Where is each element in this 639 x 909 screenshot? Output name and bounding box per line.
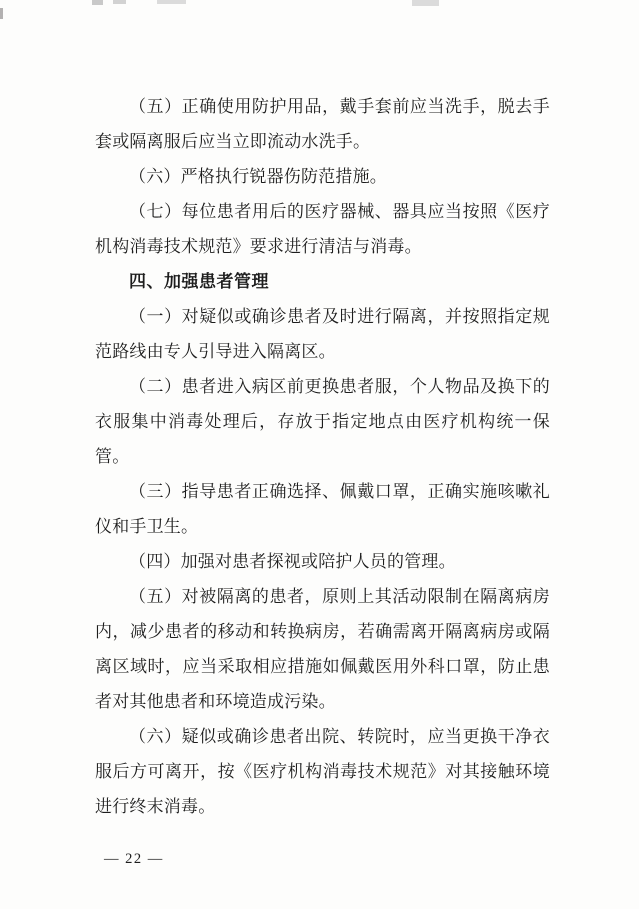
page-number: — 22 — xyxy=(104,849,164,869)
text-line: 管。 xyxy=(95,439,550,474)
text-line: 套或隔离服后应当立即流动水洗手。 xyxy=(95,124,550,159)
paragraph: （五）对被隔离的患者，原则上其活动限制在隔离病房内，减少患者的移动和转换病房，若… xyxy=(95,579,550,719)
paragraph: （二）患者进入病区前更换患者服，个人物品及换下的衣服集中消毒处理后，存放于指定地… xyxy=(95,369,550,474)
scan-artifact xyxy=(0,8,3,19)
text-line: （三）指导患者正确选择、佩戴口罩，正确实施咳嗽礼 xyxy=(95,474,550,509)
text-line: 离区域时，应当采取相应措施如佩戴医用外科口罩，防止患 xyxy=(95,649,550,684)
paragraph: （七）每位患者用后的医疗器械、器具应当按照《医疗机构消毒技术规范》要求进行清洁与… xyxy=(95,194,550,264)
text-line: 四、加强患者管理 xyxy=(95,264,550,299)
paragraph: （六）严格执行锐器伤防范措施。 xyxy=(95,159,550,194)
scan-artifact xyxy=(157,0,186,4)
paragraph: （五）正确使用防护用品，戴手套前应当洗手，脱去手套或隔离服后应当立即流动水洗手。 xyxy=(95,89,550,159)
text-line: （六）疑似或确诊患者出院、转院时，应当更换干净衣 xyxy=(95,719,550,754)
scan-artifact xyxy=(92,0,103,5)
document-body: （五）正确使用防护用品，戴手套前应当洗手，脱去手套或隔离服后应当立即流动水洗手。… xyxy=(95,89,550,824)
paragraph: （四）加强对患者探视或陪护人员的管理。 xyxy=(95,544,550,579)
text-line: 机构消毒技术规范》要求进行清洁与消毒。 xyxy=(95,229,550,264)
text-line: （六）严格执行锐器伤防范措施。 xyxy=(95,159,550,194)
text-line: （七）每位患者用后的医疗器械、器具应当按照《医疗 xyxy=(95,194,550,229)
document-page: （五）正确使用防护用品，戴手套前应当洗手，脱去手套或隔离服后应当立即流动水洗手。… xyxy=(0,0,639,909)
section-heading: 四、加强患者管理 xyxy=(95,264,550,299)
text-line: 仪和手卫生。 xyxy=(95,509,550,544)
paragraph: （六）疑似或确诊患者出院、转院时，应当更换干净衣服后方可离开，按《医疗机构消毒技… xyxy=(95,719,550,824)
paragraph: （一）对疑似或确诊患者及时进行隔离，并按照指定规范路线由专人引导进入隔离区。 xyxy=(95,299,550,369)
text-line: （一）对疑似或确诊患者及时进行隔离，并按照指定规 xyxy=(95,299,550,334)
text-line: 者对其他患者和环境造成污染。 xyxy=(95,684,550,719)
text-line: 范路线由专人引导进入隔离区。 xyxy=(95,334,550,369)
text-line: （五）正确使用防护用品，戴手套前应当洗手，脱去手 xyxy=(95,89,550,124)
scan-artifact xyxy=(412,0,439,6)
text-line: 衣服集中消毒处理后，存放于指定地点由医疗机构统一保 xyxy=(95,404,550,439)
text-line: （四）加强对患者探视或陪护人员的管理。 xyxy=(95,544,550,579)
text-line: （五）对被隔离的患者，原则上其活动限制在隔离病房 xyxy=(95,579,550,614)
scan-artifact xyxy=(113,0,126,4)
text-line: （二）患者进入病区前更换患者服，个人物品及换下的 xyxy=(95,369,550,404)
text-line: 内，减少患者的移动和转换病房，若确需离开隔离病房或隔 xyxy=(95,614,550,649)
text-line: 服后方可离开，按《医疗机构消毒技术规范》对其接触环境 xyxy=(95,754,550,789)
text-line: 进行终末消毒。 xyxy=(95,789,550,824)
paragraph: （三）指导患者正确选择、佩戴口罩，正确实施咳嗽礼仪和手卫生。 xyxy=(95,474,550,544)
